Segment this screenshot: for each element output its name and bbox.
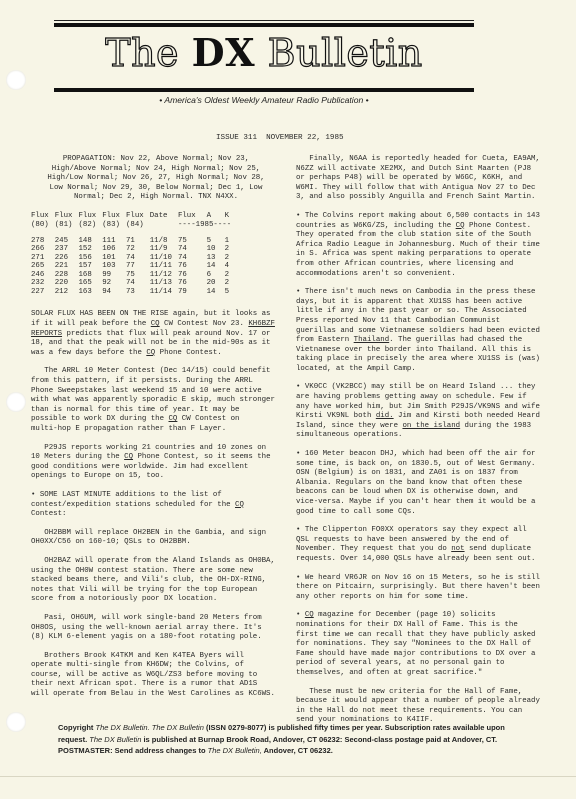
flux-header-cell: Flux: [102, 212, 126, 222]
flux-cell: 11/9: [150, 245, 178, 254]
flux-cell: 4: [225, 262, 238, 271]
flux-cell: 11/12: [150, 271, 178, 280]
flux-cell: 76: [178, 262, 207, 271]
issue-line: ISSUE 311 NOVEMBER 22, 1985: [216, 134, 344, 142]
flux-cell: 74: [126, 279, 150, 288]
table-row: 2652211571037711/1176144: [31, 262, 237, 271]
vr6jr-paragraph: • We heard VR6JR on Nov 16 on 15 Meters,…: [296, 574, 566, 603]
flux-cell: 212: [55, 288, 79, 297]
flux-cell: 5: [207, 231, 225, 246]
title-the: The: [105, 31, 179, 75]
cambodia-paragraph: • There isn't much news on Cambodia in t…: [296, 288, 566, 374]
flux-subheader-cell: (83): [102, 221, 126, 231]
flux-cell: 6: [207, 271, 225, 280]
flux-header-cell: Flux: [178, 212, 207, 222]
criteria-paragraph: These must be new criteria for the Hall …: [296, 688, 566, 726]
flux-cell: 76: [178, 279, 207, 288]
table-row: 2662371521067211/974102: [31, 245, 237, 254]
table-row: 246228168997511/127662: [31, 271, 237, 280]
flux-table-header-top: FluxFluxFluxFluxFluxDateFluxAK: [31, 212, 237, 222]
flux-cell: 94: [102, 288, 126, 297]
flux-cell: 73: [126, 288, 150, 297]
flux-header-cell: Flux: [55, 212, 79, 222]
flux-cell: 111: [102, 231, 126, 246]
flux-subheader-cell: (81): [55, 221, 79, 231]
propagation-forecast: PROPAGATION: Nov 22, Above Normal; Nov 2…: [31, 155, 281, 203]
flux-cell: 237: [55, 245, 79, 254]
flux-cell: 271: [31, 254, 55, 263]
flux-cell: 227: [31, 288, 55, 297]
flux-cell: 157: [79, 262, 103, 271]
flux-cell: 14: [207, 262, 225, 271]
flux-cell: 99: [102, 271, 126, 280]
oh2bbm-paragraph: OH2BBM will replace OH2BEN in the Gambia…: [31, 529, 281, 548]
solar-flux-paragraph: SOLAR FLUX HAS BEEN ON THE RISE again, b…: [31, 310, 281, 358]
colvins-paragraph: • The Colvins report making about 6,500 …: [296, 212, 566, 279]
flux-cell: 11/8: [150, 231, 178, 246]
flux-cell: 5: [225, 288, 238, 297]
flux-cell: 168: [79, 271, 103, 280]
arrl-contest-paragraph: The ARRL 10 Meter Contest (Dec 14/15) co…: [31, 367, 281, 434]
flux-header-cell: K: [225, 212, 238, 222]
masthead-rule-top-thick: [54, 23, 474, 27]
solar-flux-table: FluxFluxFluxFluxFluxDateFluxAK (80)(81)(…: [31, 212, 237, 297]
beacon-paragraph: • 160 Meter beacon DHJ, which had been o…: [296, 450, 566, 517]
flux-cell: 245: [55, 231, 79, 246]
flux-cell: 2: [225, 254, 238, 263]
flux-cell: 266: [31, 245, 55, 254]
flux-cell: 71: [126, 231, 150, 246]
brothers-paragraph: Brothers Brook K4TKM and Ken K4TEA Byers…: [31, 652, 281, 700]
flux-cell: 11/13: [150, 279, 178, 288]
flux-cell: 11/10: [150, 254, 178, 263]
last-minute-paragraph: • SOME LAST MINUTE additions to the list…: [31, 491, 281, 520]
flux-cell: 13: [207, 254, 225, 263]
tagline: • America's Oldest Weekly Amateur Radio …: [54, 95, 474, 105]
flux-cell: 101: [102, 254, 126, 263]
clipperton-paragraph: • The Clipperton FO0XX operators say the…: [296, 526, 566, 564]
left-column: PROPAGATION: Nov 22, Above Normal; Nov 2…: [31, 155, 281, 709]
flux-cell: 265: [31, 262, 55, 271]
masthead-title: The DX Bulletin: [54, 29, 474, 77]
flux-cell: 278: [31, 231, 55, 246]
masthead-rule-bottom: [54, 88, 474, 92]
flux-cell: 2: [225, 279, 238, 288]
flux-cell: 75: [178, 231, 207, 246]
flux-subheader-cell: (82): [79, 221, 103, 231]
flux-cell: 20: [207, 279, 225, 288]
flux-subheader-cell: ----1985----: [178, 221, 237, 231]
flux-subheader-cell: [150, 221, 178, 231]
flux-cell: 74: [178, 245, 207, 254]
vk0cc-paragraph: • VK0CC (VK2BCC) may still be on Heard I…: [296, 383, 566, 441]
flux-cell: 72: [126, 245, 150, 254]
flux-cell: 156: [79, 254, 103, 263]
copyright-footer: Copyright The DX Bulletin. The DX Bullet…: [58, 722, 518, 757]
flux-cell: 148: [79, 231, 103, 246]
flux-header-cell: Flux: [126, 212, 150, 222]
flux-subheader-cell: (84): [126, 221, 150, 231]
table-row: 2782451481117111/87551: [31, 231, 237, 246]
flux-cell: 10: [207, 245, 225, 254]
flux-cell: 79: [178, 288, 207, 297]
punch-hole-top: [6, 70, 26, 90]
flux-cell: 220: [55, 279, 79, 288]
flux-header-cell: Flux: [31, 212, 55, 222]
flux-cell: 103: [102, 262, 126, 271]
masthead-rule-top-thin: [54, 20, 474, 21]
title-bulletin: Bulletin: [268, 31, 423, 75]
flux-cell: 76: [178, 271, 207, 280]
flux-subheader-cell: (80): [31, 221, 55, 231]
flux-cell: 246: [31, 271, 55, 280]
title-dx: DX: [192, 30, 255, 75]
flux-cell: 2: [225, 271, 238, 280]
table-row: 2712261561017411/1074132: [31, 254, 237, 263]
right-column: Finally, N6AA is reportedly headed for C…: [296, 155, 566, 735]
flux-cell: 165: [79, 279, 103, 288]
flux-cell: 1: [225, 231, 238, 246]
finally-paragraph: Finally, N6AA is reportedly headed for C…: [296, 155, 566, 203]
flux-cell: 74: [126, 254, 150, 263]
flux-header-cell: A: [207, 212, 225, 222]
table-row: 232220165927411/1376202: [31, 279, 237, 288]
flux-cell: 11/14: [150, 288, 178, 297]
flux-table-header-bottom: (80)(81)(82)(83)(84)----1985----: [31, 221, 237, 231]
hall-of-fame-paragraph: • CQ magazine for December (page 10) sol…: [296, 611, 566, 678]
punch-hole-bottom: [6, 712, 26, 732]
flux-header-cell: Flux: [79, 212, 103, 222]
punch-hole-middle: [6, 392, 26, 412]
flux-cell: 74: [178, 254, 207, 263]
flux-cell: 228: [55, 271, 79, 280]
page-bottom-edge: [0, 776, 576, 777]
oh2baz-paragraph: OH2BAZ will operate from the Aland Islan…: [31, 557, 281, 605]
flux-cell: 106: [102, 245, 126, 254]
flux-cell: 75: [126, 271, 150, 280]
flux-cell: 14: [207, 288, 225, 297]
flux-cell: 232: [31, 279, 55, 288]
flux-cell: 152: [79, 245, 103, 254]
flux-header-cell: Date: [150, 212, 178, 222]
flux-cell: 2: [225, 245, 238, 254]
p29js-paragraph: P29JS reports working 21 countries and 1…: [31, 444, 281, 482]
table-row: 227212163947311/1479145: [31, 288, 237, 297]
flux-cell: 221: [55, 262, 79, 271]
flux-cell: 163: [79, 288, 103, 297]
flux-cell: 77: [126, 262, 150, 271]
flux-cell: 226: [55, 254, 79, 263]
flux-cell: 92: [102, 279, 126, 288]
pasi-paragraph: Pasi, OH6UM, will work single-band 20 Me…: [31, 614, 281, 643]
flux-cell: 11/11: [150, 262, 178, 271]
flux-table-body: 2782451481117111/875512662371521067211/9…: [31, 231, 237, 297]
